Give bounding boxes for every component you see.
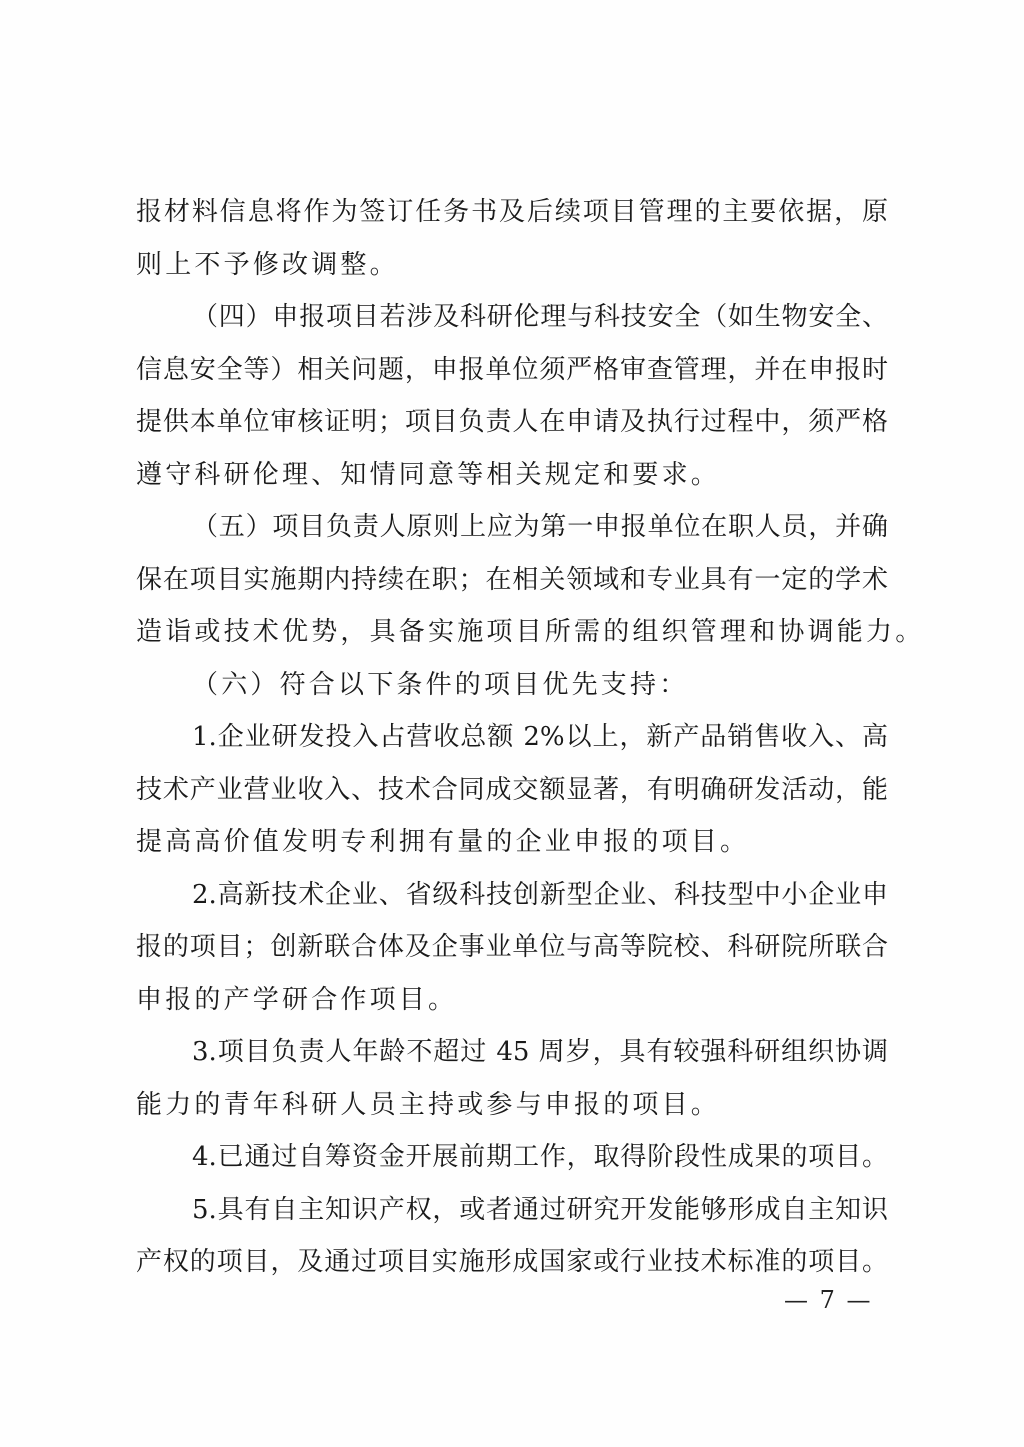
text-line: 报材料信息将作为签订任务书及后续项目管理的主要依据，原: [136, 186, 888, 239]
page-number: — 7 —: [784, 1286, 873, 1314]
text-line: 报的项目；创新联合体及企事业单位与高等院校、科研院所联合: [136, 921, 888, 974]
paragraph-five-start: （五）项目负责人原则上应为第一申报单位在职人员，并确: [136, 501, 888, 554]
list-item-4: 4.已通过自筹资金开展前期工作，取得阶段性成果的项目。: [136, 1131, 888, 1184]
document-page: 报材料信息将作为签订任务书及后续项目管理的主要依据，原 则上不予修改调整。 （四…: [0, 0, 1024, 1447]
text-line: 则上不予修改调整。: [136, 239, 888, 292]
text-line: 造诣或技术优势，具备实施项目所需的组织管理和协调能力。: [136, 606, 888, 659]
list-item-5-start: 5.具有自主知识产权，或者通过研究开发能够形成自主知识: [136, 1184, 888, 1237]
text-line: 遵守科研伦理、知情同意等相关规定和要求。: [136, 449, 888, 502]
body-text: 报材料信息将作为签订任务书及后续项目管理的主要依据，原 则上不予修改调整。 （四…: [136, 186, 888, 1289]
text-line: 信息安全等）相关问题，申报单位须严格审查管理，并在申报时: [136, 344, 888, 397]
text-line: 提高高价值发明专利拥有量的企业申报的项目。: [136, 816, 888, 869]
paragraph-four-start: （四）申报项目若涉及科研伦理与科技安全（如生物安全、: [136, 291, 888, 344]
list-item-2-start: 2.高新技术企业、省级科技创新型企业、科技型中小企业申: [136, 869, 888, 922]
text-line: 提供本单位审核证明；项目负责人在申请及执行过程中，须严格: [136, 396, 888, 449]
text-line: 技术产业营业收入、技术合同成交额显著，有明确研发活动，能: [136, 764, 888, 817]
text-line: 申报的产学研合作项目。: [136, 974, 888, 1027]
text-line: 能力的青年科研人员主持或参与申报的项目。: [136, 1079, 888, 1132]
text-line: 产权的项目，及通过项目实施形成国家或行业技术标准的项目。: [136, 1236, 888, 1289]
paragraph-six-heading: （六）符合以下条件的项目优先支持：: [136, 659, 888, 712]
list-item-3-start: 3.项目负责人年龄不超过 45 周岁，具有较强科研组织协调: [136, 1026, 888, 1079]
text-line: 保在项目实施期内持续在职；在相关领域和专业具有一定的学术: [136, 554, 888, 607]
list-item-1-start: 1.企业研发投入占营收总额 2%以上，新产品销售收入、高: [136, 711, 888, 764]
